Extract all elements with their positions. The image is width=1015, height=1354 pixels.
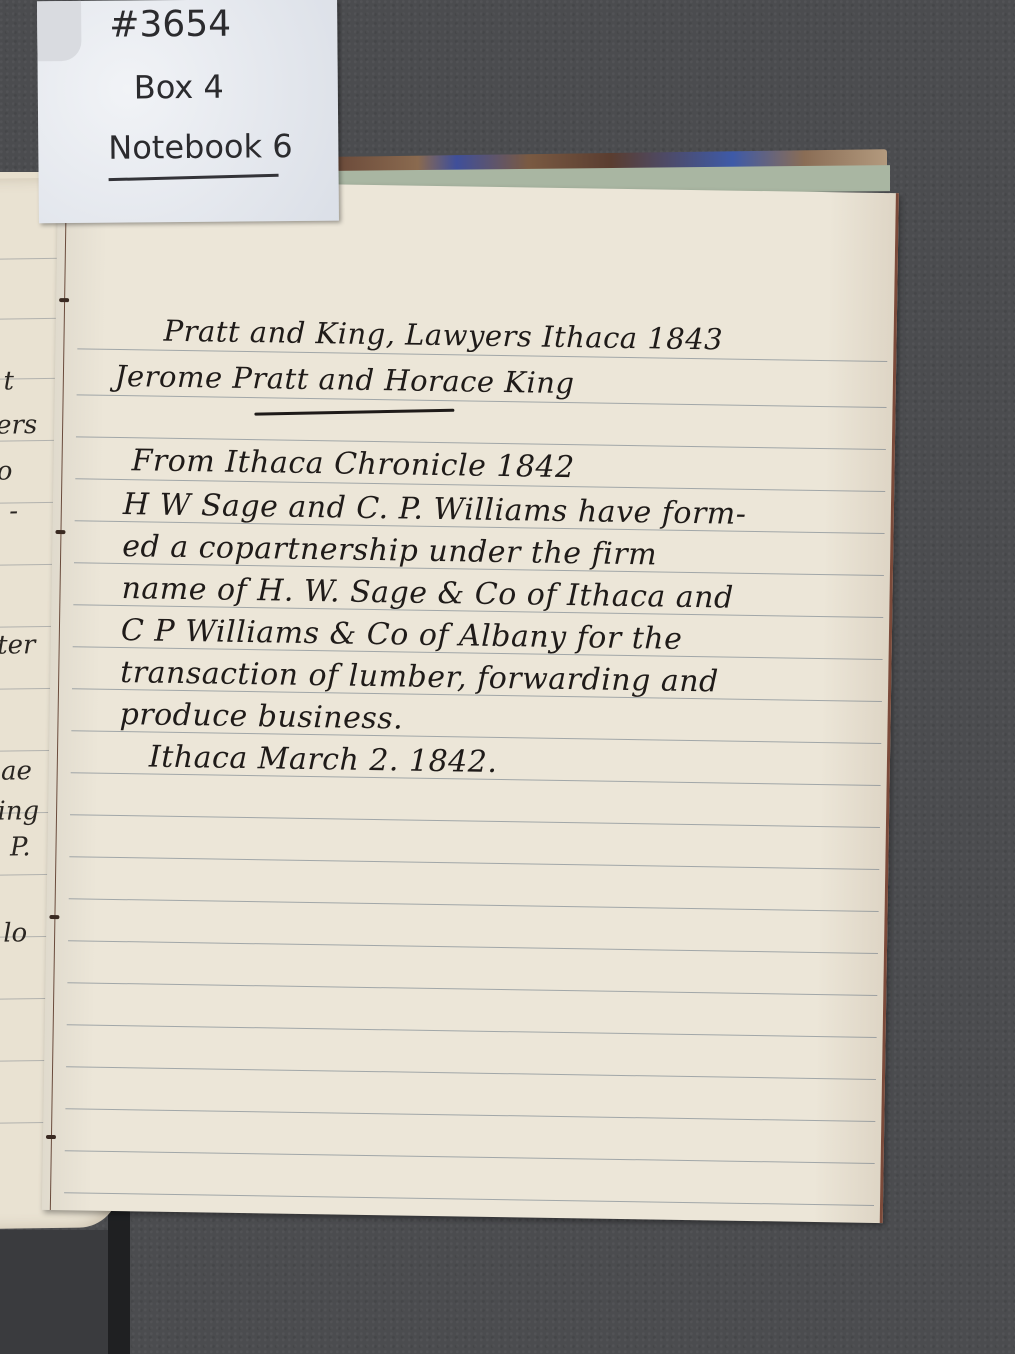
body-line: ed a copartnership under the firm	[122, 529, 657, 572]
left-page-fragment: ing	[0, 796, 39, 827]
binding-stitch	[49, 915, 59, 919]
rule-line	[66, 1066, 876, 1080]
notebook-photo: t ers o - ter ae ing P. lo	[0, 0, 1015, 1354]
body-line: produce business.	[119, 697, 403, 736]
underline-flourish	[254, 409, 454, 416]
left-page-fragment: ter	[0, 630, 36, 661]
rule-line	[70, 814, 880, 828]
rule-line	[67, 1024, 877, 1038]
tag-underline	[109, 174, 279, 181]
rule-line	[67, 982, 877, 996]
left-page-fragment: -	[9, 496, 18, 526]
body-line: transaction of lumber, forwarding and	[120, 655, 719, 699]
rule-line	[69, 898, 879, 912]
archival-label-tag: #3654 Box 4 Notebook 6	[37, 0, 339, 223]
binding-stitch	[46, 1135, 56, 1139]
box-label: Box 4	[134, 68, 224, 107]
rule-line	[64, 1192, 874, 1206]
rule-line	[65, 1108, 875, 1122]
rule-line	[65, 1150, 875, 1164]
notebook-page: Pratt and King, Lawyers Ithaca 1843 Jero…	[42, 180, 899, 1223]
binding-stitch	[59, 298, 69, 302]
left-page-fragment: o	[0, 456, 13, 486]
left-page-fragment: ae	[1, 756, 32, 786]
notebook-label: Notebook 6	[108, 127, 293, 167]
body-line: name of H. W. Sage & Co of Ithaca and	[121, 571, 734, 616]
body-line: H W Sage and C. P. Williams have form-	[123, 487, 747, 532]
rule-line	[68, 940, 878, 954]
dateline: Ithaca March 2. 1842.	[149, 740, 498, 780]
left-page-fragment: ers	[0, 410, 38, 441]
body-line: C P Williams & Co of Albany for the	[121, 613, 683, 657]
rule-line	[69, 856, 879, 870]
left-page-fragment: t	[3, 366, 14, 396]
left-page-fragment: P.	[10, 832, 31, 862]
binding-stitch	[55, 530, 65, 534]
notebook-spine-gutter	[108, 1200, 130, 1354]
source-citation: From Ithaca Chronicle 1842	[131, 443, 575, 485]
heading-partners: Jerome Pratt and Horace King	[115, 359, 575, 400]
tag-string	[37, 1, 82, 61]
left-page-fragment: lo	[3, 918, 27, 948]
collection-number: #3654	[109, 4, 231, 46]
